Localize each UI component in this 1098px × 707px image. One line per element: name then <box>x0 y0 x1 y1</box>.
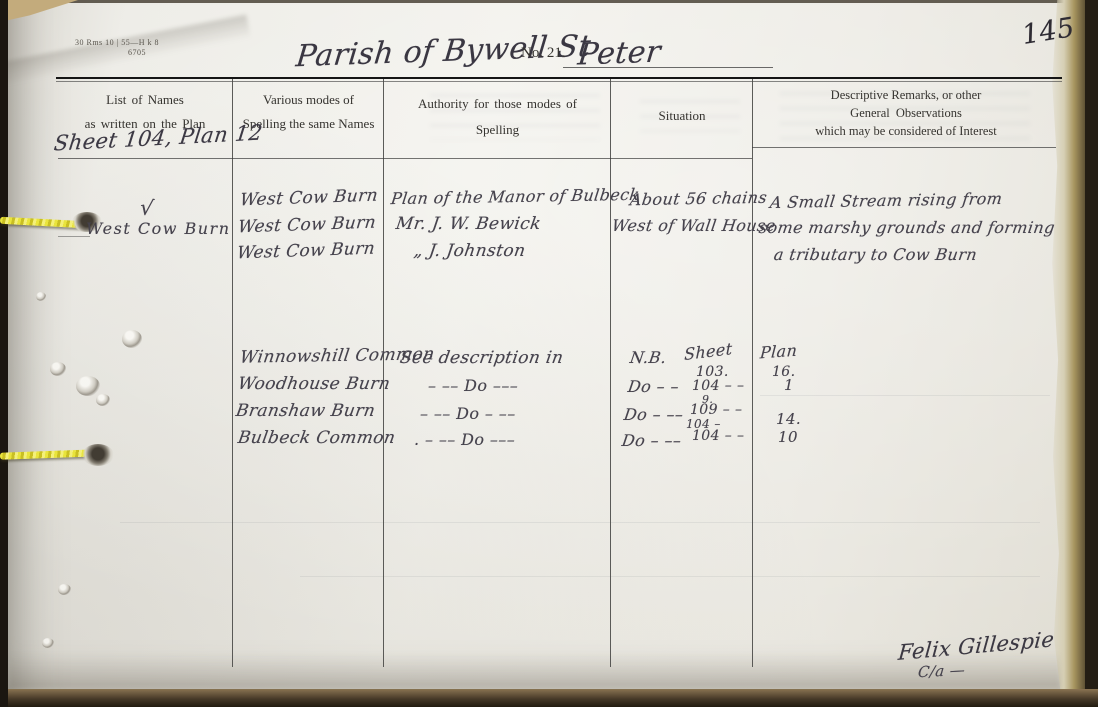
entry2-plan-label: Plan <box>759 341 798 363</box>
paper-dimple <box>50 362 66 376</box>
column-divider-4 <box>752 79 753 667</box>
column-divider-3 <box>610 79 611 667</box>
paper-dimple <box>96 394 110 406</box>
entry2-row4-ditto: Do – –– <box>621 431 683 450</box>
entry2-row4-sheet: 104 – – <box>692 428 744 444</box>
entry2-row2-sheet: 104 – – <box>692 378 744 394</box>
entry2-nb-label: N.B. <box>629 348 668 367</box>
ruled-bleed-line <box>760 395 1050 396</box>
scan-edge-right <box>1085 0 1098 707</box>
scan-edge-top <box>0 0 1098 3</box>
entry2-row3-authority: – –– Do – –– <box>420 404 516 423</box>
entry2-row3-sheet: 109 – – <box>690 402 742 418</box>
header-list-of-names-line1: List of Names <box>60 92 230 108</box>
column-divider-2 <box>383 79 384 667</box>
paper-dimple <box>122 330 142 348</box>
paper-dimple <box>58 584 71 595</box>
entry2-row4-plan: 10 <box>778 428 798 446</box>
entry2-row3-plan: 14. <box>776 410 801 428</box>
ruled-bleed-line <box>120 522 1040 523</box>
scan-edge-left <box>0 0 8 707</box>
paper-dimple <box>76 376 100 396</box>
entry2-row3-ditto: Do – –– <box>623 405 685 424</box>
header-separator-left <box>58 158 752 159</box>
entry1-authority-2: Mr. J. W. Bewick <box>395 214 543 234</box>
header-authority-line2: Spelling <box>387 122 608 138</box>
entry2-row3-name: Branshaw Burn <box>234 401 376 421</box>
pencil-guide-line <box>58 236 90 237</box>
header-separator-right <box>752 147 1056 148</box>
header-remarks-line2: General Observations <box>756 106 1056 121</box>
header-authority-line1: Authority for those modes of <box>387 96 608 112</box>
table-top-rule-thin <box>56 81 1062 82</box>
entry1-remarks-3: a tributary to Cow Burn <box>773 245 979 264</box>
entry2-row2-authority: – –– Do ––– <box>428 376 518 395</box>
entry1-name: West Cow Burn <box>86 219 231 238</box>
header-situation: Situation <box>614 108 750 124</box>
scanned-register-page: 30 Rms 10 | 55—H k 8 6705 145 Parish of … <box>0 0 1098 707</box>
paper-dimple <box>42 638 54 648</box>
entry1-situation-1: About 56 chains <box>629 188 768 209</box>
entry2-row4-name: Bulbeck Common <box>236 428 396 448</box>
paper-dimple <box>36 292 46 301</box>
examiner-initials: C/a — <box>917 661 966 682</box>
printer-imprint-line1: 30 Rms 10 | 55—H k 8 <box>75 38 159 47</box>
entry2-row2-ditto: Do – – <box>627 377 681 396</box>
entry1-remarks-2: some marshy grounds and forming <box>758 218 1057 237</box>
entry2-row4-authority: . – –– Do ––– <box>414 430 515 449</box>
header-remarks-line3: which may be considered of Interest <box>756 124 1056 139</box>
punch-hole <box>82 444 114 466</box>
printer-imprint-line2: 6705 <box>128 48 146 57</box>
scan-edge-bottom <box>0 689 1098 707</box>
entry1-situation-2: West of Wall House <box>611 216 777 235</box>
entry2-row2-name: Woodhouse Burn <box>236 374 391 394</box>
ruled-bleed-line <box>300 576 1040 577</box>
column-divider-1 <box>232 79 233 667</box>
printed-entry-number: No. 21. <box>521 45 566 62</box>
entry2-row1-authority: See description in <box>398 348 564 368</box>
title-underline <box>563 67 773 68</box>
header-remarks-line1: Descriptive Remarks, or other <box>756 88 1056 103</box>
header-various-modes-line1: Various modes of <box>236 92 381 108</box>
entry2-row2-plan: 1 <box>784 376 794 394</box>
table-top-rule-thick <box>56 77 1062 79</box>
entry1-authority-3: „ J. Johnston <box>413 241 527 261</box>
